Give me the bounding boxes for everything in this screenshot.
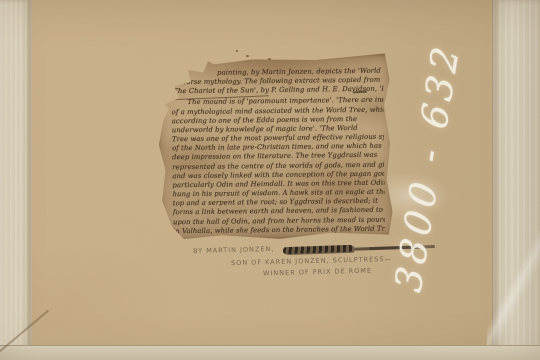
tape-strip-right [492,0,540,360]
photo-frame-back: painting, by Martin Jonzen, depicts the … [0,0,540,360]
paper-speck [236,50,238,52]
tape-strip-bottom [0,345,540,360]
tape-strip-left [0,0,32,360]
note-body: The mound is of 'paramount importance'. … [171,96,385,236]
note-line: 'The Chariot of the Sun', by P. Gelling … [171,85,383,97]
handwritten-note-paper: painting, by Martin Jonzen, depicts the … [156,53,395,241]
paper-speck [246,55,249,57]
